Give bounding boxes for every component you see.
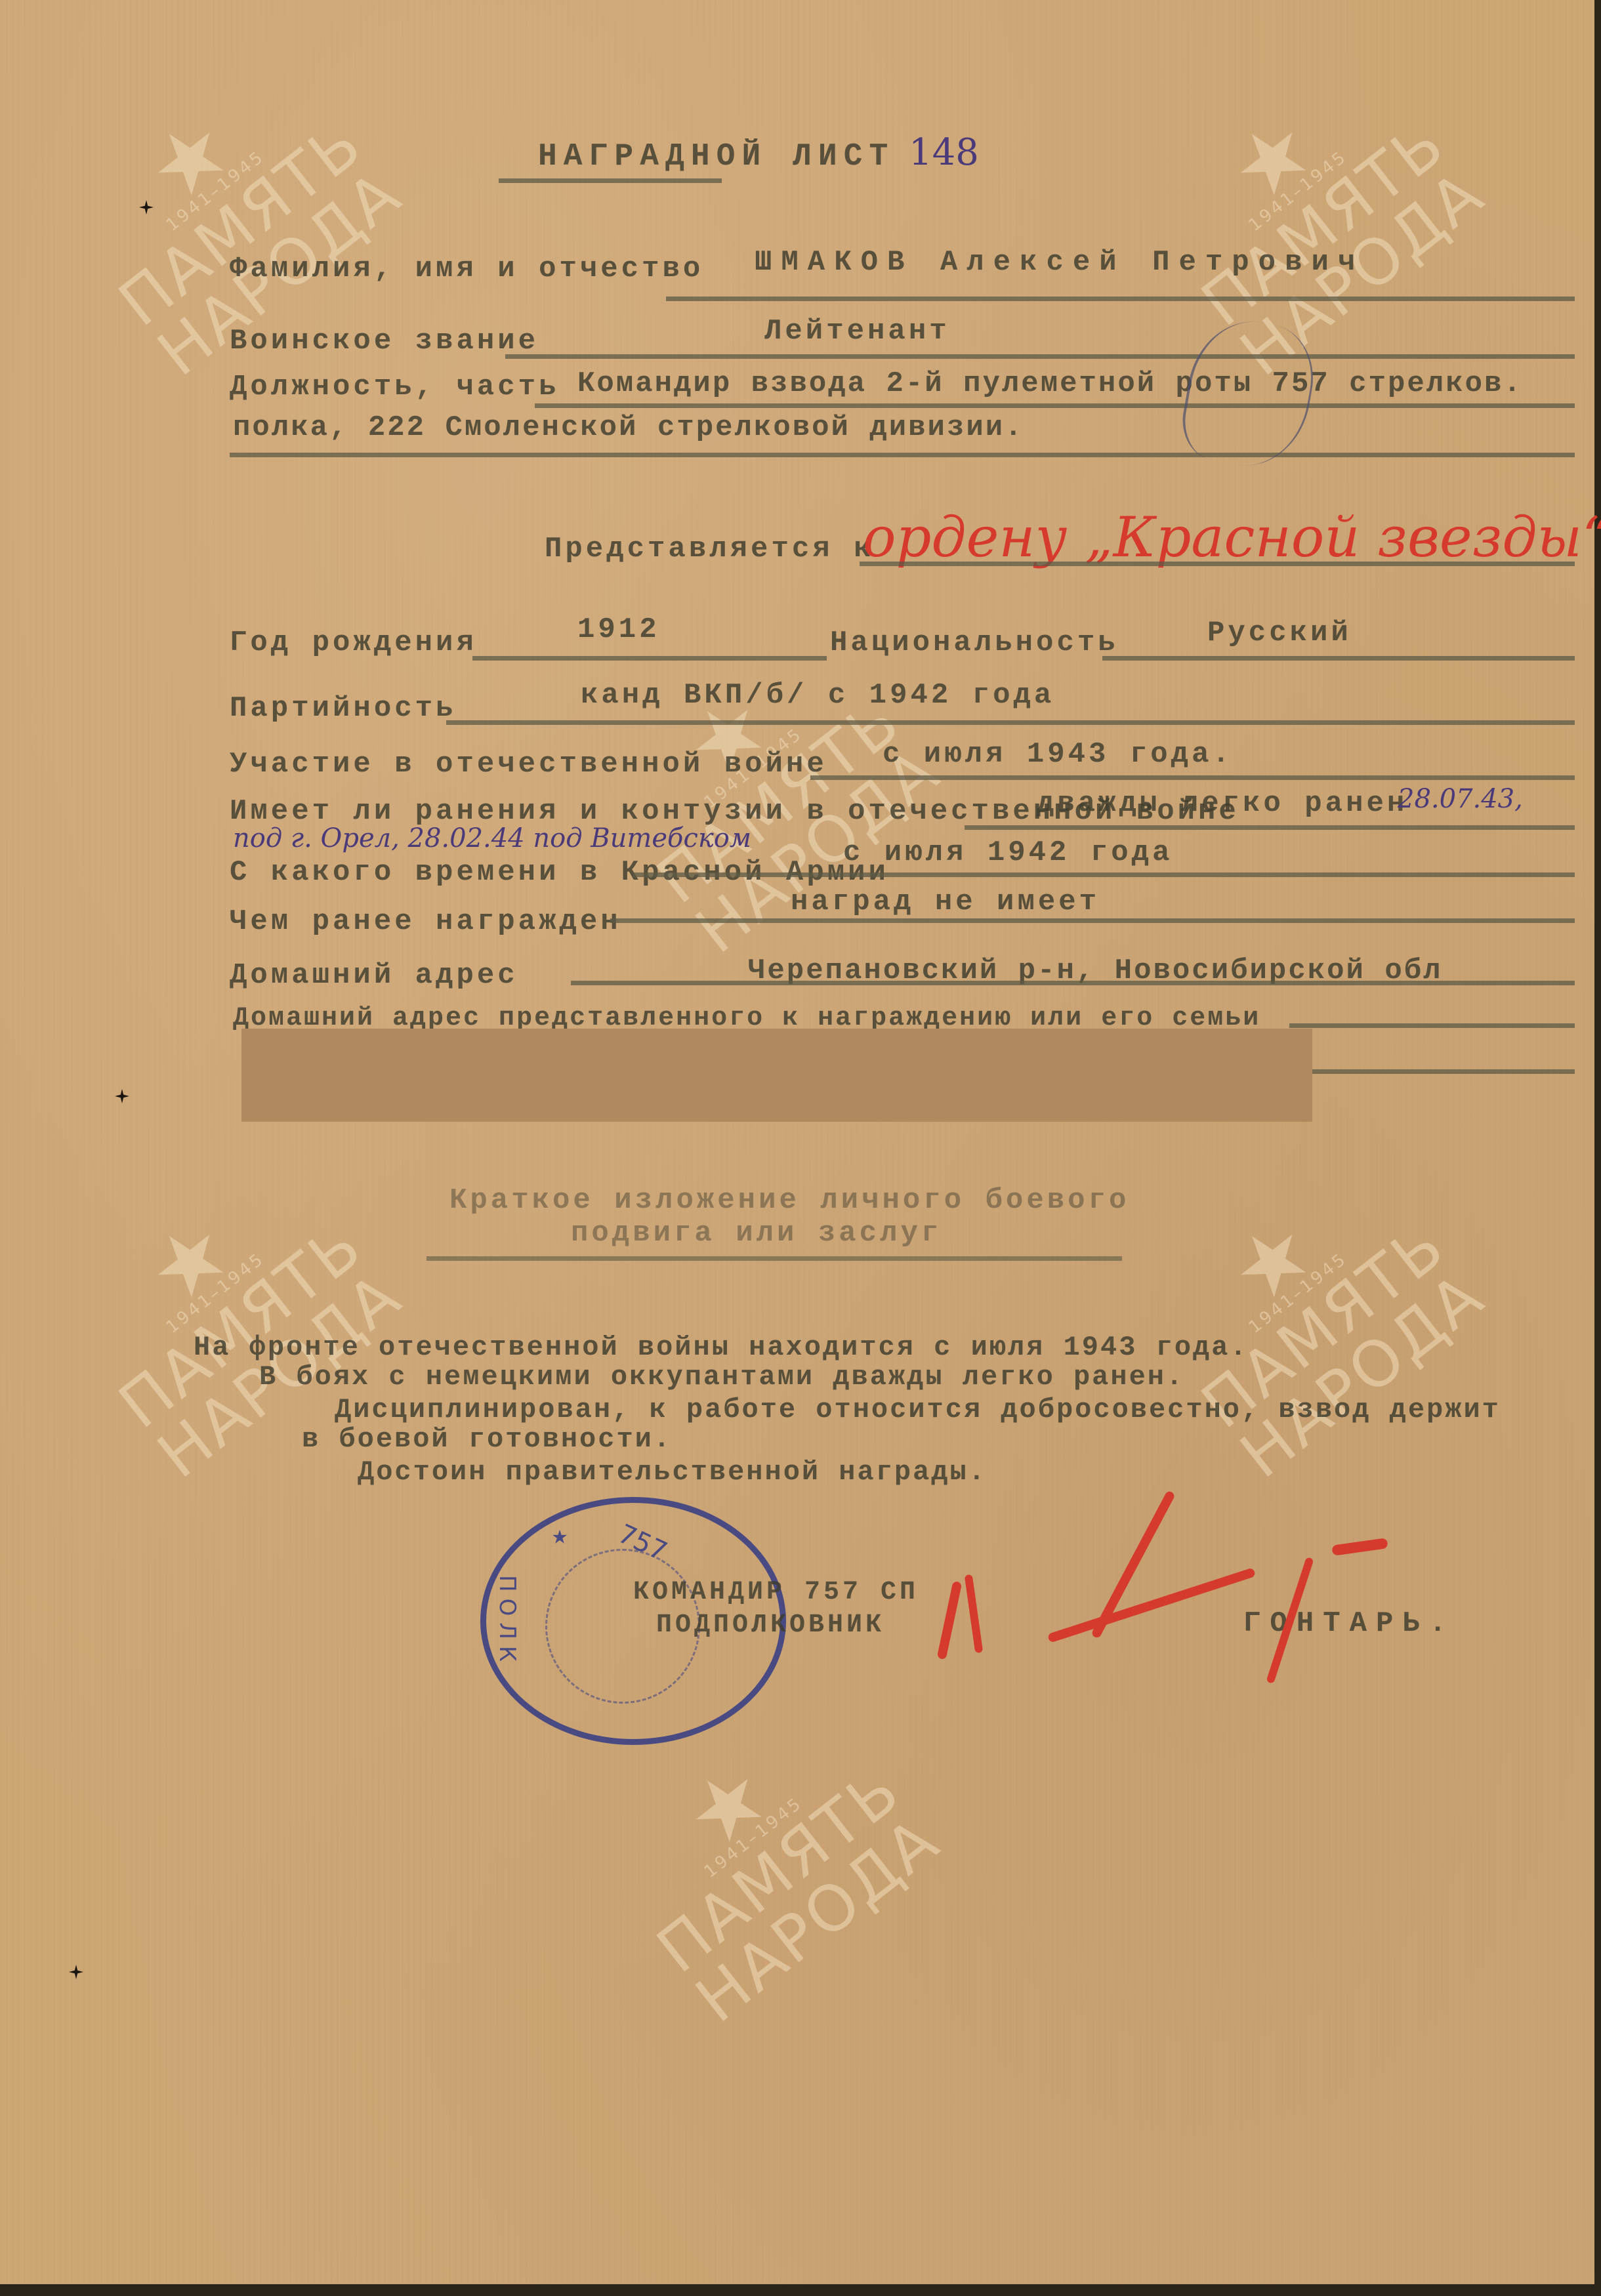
field-label-address: Домашний адрес bbox=[230, 959, 518, 992]
sheet-number: 148 bbox=[909, 131, 979, 174]
signature-rank: ПОДПОЛКОВНИК bbox=[656, 1610, 884, 1640]
field-label-nationality: Национальность bbox=[830, 626, 1119, 659]
field-value-army-since: с июля 1942 года bbox=[843, 836, 1173, 869]
field-line bbox=[633, 872, 1575, 877]
field-label-position: Должность, часть bbox=[230, 371, 559, 403]
scan-edge-right bbox=[1594, 0, 1601, 2296]
summary-line: в боевой готовности. bbox=[302, 1424, 672, 1455]
summary-line: Дисциплинирован, к работе относится добр… bbox=[335, 1394, 1501, 1425]
field-line bbox=[1312, 1069, 1575, 1074]
field-line bbox=[505, 354, 1575, 359]
field-value-birth-year: 1912 bbox=[577, 613, 660, 646]
field-value-participation: с июля 1943 года. bbox=[883, 738, 1233, 771]
field-line bbox=[230, 453, 1575, 457]
summary-line: В боях с немецкими оккупантами дважды ле… bbox=[259, 1361, 1184, 1393]
field-value-position-line2: полка, 222 Смоленской стрелковой дивизии… bbox=[233, 411, 1024, 444]
field-line bbox=[446, 720, 1575, 725]
field-line bbox=[1289, 1023, 1575, 1028]
redacted-block bbox=[241, 1029, 1312, 1122]
field-label-award: Представляется к bbox=[545, 533, 874, 565]
document-title: НАГРАДНОЙ ЛИСТ bbox=[538, 139, 894, 174]
wounds-location-note: под г. Орел, 28.02.44 под Витебском bbox=[233, 823, 751, 853]
summary-heading-line2: подвига или заслуг bbox=[571, 1217, 942, 1250]
field-label-birth-year: Год рождения bbox=[230, 626, 477, 659]
field-value-party: канд ВКП/б/ с 1942 года bbox=[581, 679, 1054, 712]
field-label-name: Фамилия, имя и отчество bbox=[230, 253, 703, 285]
field-value-wounds-date: 28.07.43, bbox=[1398, 784, 1523, 814]
stamp-star-icon: ★ bbox=[552, 1520, 568, 1552]
field-line bbox=[571, 981, 1575, 985]
field-value-nationality: Русский bbox=[1207, 617, 1352, 649]
field-value-previous-awards: наград не имеет bbox=[791, 886, 1100, 918]
signature-name: ГОНТАРЬ. bbox=[1243, 1607, 1455, 1640]
field-line bbox=[472, 656, 827, 661]
field-line bbox=[666, 297, 1575, 301]
summary-heading: Краткое изложение личного боевого bbox=[449, 1184, 1129, 1217]
field-line bbox=[1102, 656, 1575, 661]
field-line bbox=[535, 403, 1575, 408]
field-line bbox=[965, 825, 1575, 830]
field-line bbox=[810, 775, 1575, 780]
summary-line: Достоин правительственной награды. bbox=[358, 1456, 987, 1488]
field-value-rank: Лейтенант bbox=[764, 315, 950, 348]
stamp-text: ПОЛК bbox=[494, 1575, 520, 1668]
field-label-rank: Воинское звание bbox=[230, 325, 539, 358]
field-value-position: Командир взвода 2-й пулеметной роты 757 … bbox=[577, 367, 1523, 400]
field-label-participation: Участие в отечественной войне bbox=[230, 748, 827, 781]
summary-line: На фронте отечественной войны находится … bbox=[194, 1332, 1249, 1363]
field-line bbox=[860, 562, 1575, 566]
field-line bbox=[610, 918, 1575, 923]
field-label-previous-awards: Чем ранее награжден bbox=[230, 905, 621, 938]
signature-title: КОМАНДИР 757 СП bbox=[633, 1578, 919, 1607]
field-label-party: Партийность bbox=[230, 692, 456, 725]
title-underline bbox=[499, 178, 722, 183]
summary-underline bbox=[426, 1256, 1122, 1261]
field-value-wounds: дважды легко ранен bbox=[1037, 787, 1407, 820]
field-value-name: ШМАКОВ Алексей Петрович bbox=[755, 246, 1364, 279]
scan-edge-bottom bbox=[0, 2284, 1601, 2296]
field-value-award: ордену „Красной звезды“ bbox=[863, 505, 1601, 569]
